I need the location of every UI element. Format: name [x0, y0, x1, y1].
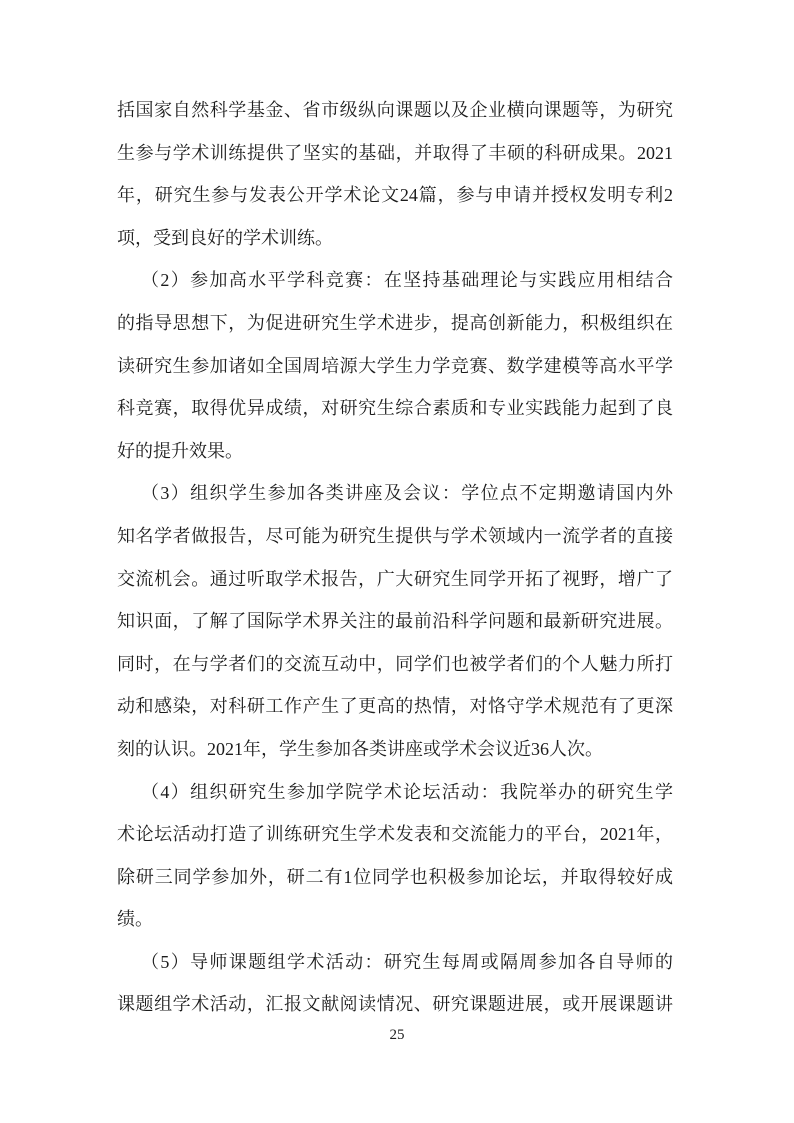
text-line: 同时，在与学者们的交流互动中，同学们也被学者们的个人魅力所打	[117, 643, 673, 686]
document-body: 括国家自然科学基金、省市级纵向课题以及企业横向课题等，为研究 生参与学术训练提供…	[117, 89, 673, 1026]
text-line: 刻的认识。2021年，学生参加各类讲座或学术会议近36人次。	[117, 728, 673, 771]
text-line: 知名学者做报告，尽可能为研究生提供与学术领域内一流学者的直接	[117, 515, 673, 558]
text-line: 术论坛活动打造了训练研究生学术发表和交流能力的平台，2021年，	[117, 813, 673, 856]
text-line: 课题组学术活动，汇报文献阅读情况、研究课题进展，或开展课题讲	[117, 983, 673, 1026]
paragraph-lectures-conferences: （3）组织学生参加各类讲座及会议：学位点不定期邀请国内外 知名学者做报告，尽可能…	[117, 472, 673, 770]
text-line: 年，研究生参与发表公开学术论文24篇，参与申请并授权发明专利2	[117, 174, 673, 217]
text-line: 生参与学术训练提供了坚实的基础，并取得了丰硕的科研成果。2021	[117, 132, 673, 175]
text-line: 好的提升效果。	[117, 430, 673, 473]
text-line: （3）组织学生参加各类讲座及会议：学位点不定期邀请国内外	[117, 472, 673, 515]
text-line: 的指导思想下，为促进研究生学术进步，提高创新能力，积极组织在	[117, 302, 673, 345]
text-line: （2）参加高水平学科竞赛：在坚持基础理论与实践应用相结合	[117, 259, 673, 302]
text-line: 绩。	[117, 898, 673, 941]
text-line: 交流机会。通过听取学术报告，广大研究生同学开拓了视野，增广了	[117, 558, 673, 601]
paragraph-competitions: （2）参加高水平学科竞赛：在坚持基础理论与实践应用相结合 的指导思想下，为促进研…	[117, 259, 673, 472]
text-line: 科竞赛，取得优异成绩，对研究生综合素质和专业实践能力起到了良	[117, 387, 673, 430]
paragraph-academic-forum: （4）组织研究生参加学院学术论坛活动：我院举办的研究生学 术论坛活动打造了训练研…	[117, 771, 673, 941]
paragraph-supervisor-group: （5）导师课题组学术活动：研究生每周或隔周参加各自导师的 课题组学术活动，汇报文…	[117, 941, 673, 1026]
text-line: （5）导师课题组学术活动：研究生每周或隔周参加各自导师的	[117, 941, 673, 984]
text-line: 除研三同学参加外，研二有1位同学也积极参加论坛，并取得较好成	[117, 856, 673, 899]
page-number: 25	[0, 1024, 794, 1046]
text-line: 读研究生参加诸如全国周培源大学生力学竞赛、数学建模等高水平学	[117, 345, 673, 388]
text-line: （4）组织研究生参加学院学术论坛活动：我院举办的研究生学	[117, 771, 673, 814]
text-line: 项，受到良好的学术训练。	[117, 217, 673, 260]
document-page: 括国家自然科学基金、省市级纵向课题以及企业横向课题等，为研究 生参与学术训练提供…	[0, 0, 794, 1123]
paragraph-research-results: 括国家自然科学基金、省市级纵向课题以及企业横向课题等，为研究 生参与学术训练提供…	[117, 89, 673, 259]
text-line: 动和感染，对科研工作产生了更高的热情，对恪守学术规范有了更深	[117, 685, 673, 728]
text-line: 知识面，了解了国际学术界关注的最前沿科学问题和最新研究进展。	[117, 600, 673, 643]
text-line: 括国家自然科学基金、省市级纵向课题以及企业横向课题等，为研究	[117, 89, 673, 132]
